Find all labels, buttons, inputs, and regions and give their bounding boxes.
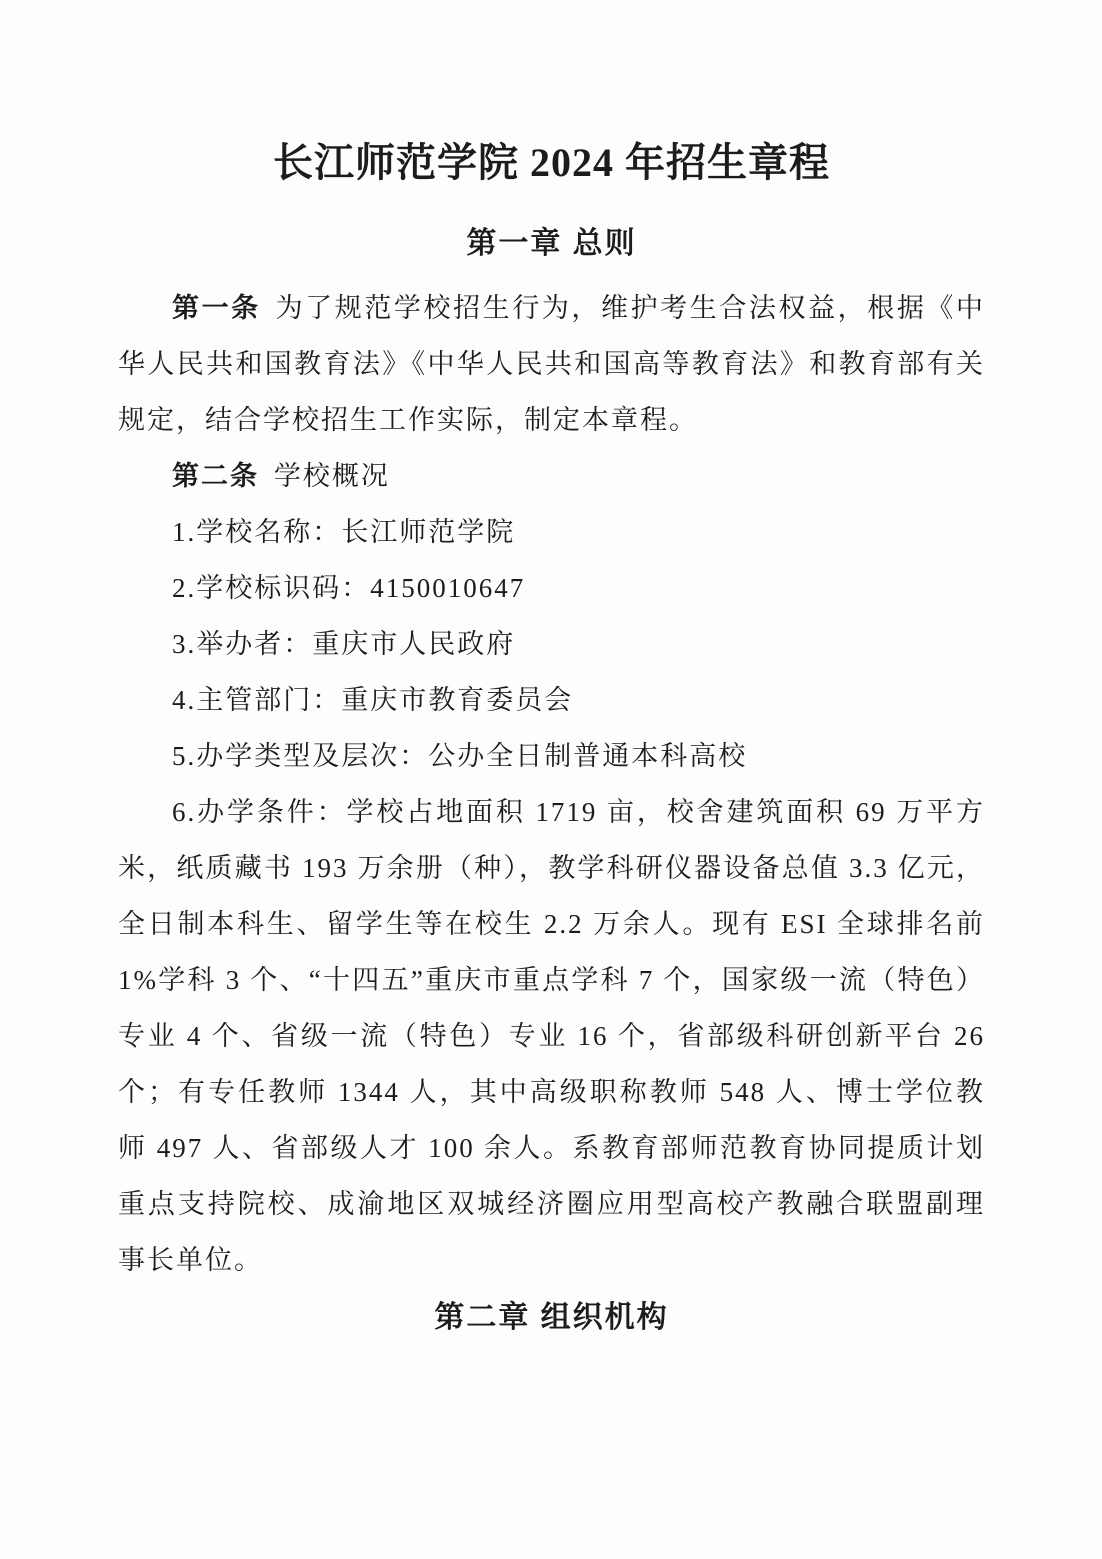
overview-item-school-conditions: 6.办学条件：学校占地面积 1719 亩，校舍建筑面积 69 万平方米，纸质藏书… bbox=[118, 784, 985, 1288]
article-1-label: 第一条 bbox=[172, 293, 261, 323]
article-2-paragraph: 第二条学校概况 bbox=[118, 448, 985, 504]
article-2-label: 第二条 bbox=[172, 461, 259, 491]
article-2-text: 学校概况 bbox=[274, 461, 390, 491]
chapter-1-heading: 第一章 总则 bbox=[118, 224, 985, 264]
chapter-2-heading: 第二章 组织机构 bbox=[118, 1298, 985, 1338]
document-page: 长江师范学院 2024 年招生章程 第一章 总则 第一条为了规范学校招生行为，维… bbox=[0, 0, 1102, 1559]
overview-item-school-code: 2.学校标识码：4150010647 bbox=[118, 560, 985, 616]
chapter-1-body: 第一条为了规范学校招生行为，维护考生合法权益，根据《中华人民共和国教育法》《中华… bbox=[118, 280, 985, 1288]
article-1-paragraph: 第一条为了规范学校招生行为，维护考生合法权益，根据《中华人民共和国教育法》《中华… bbox=[118, 280, 985, 448]
overview-item-school-type: 5.办学类型及层次：公办全日制普通本科高校 bbox=[118, 728, 985, 784]
overview-item-organizer: 3.举办者：重庆市人民政府 bbox=[118, 616, 985, 672]
document-title: 长江师范学院 2024 年招生章程 bbox=[118, 138, 985, 188]
overview-item-supervisor: 4.主管部门：重庆市教育委员会 bbox=[118, 672, 985, 728]
overview-item-school-name: 1.学校名称：长江师范学院 bbox=[118, 504, 985, 560]
